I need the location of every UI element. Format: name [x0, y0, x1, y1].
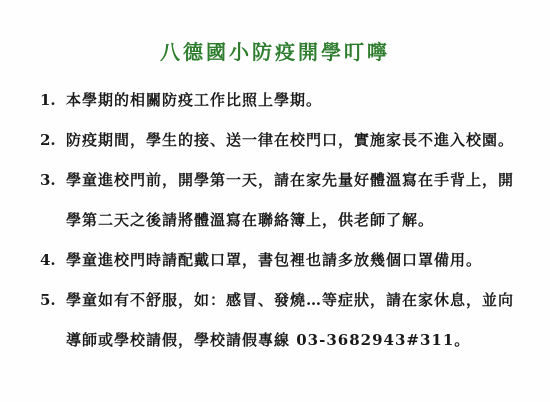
list-item-line: 學第二天之後請將體溫寫在聯絡簿上，供老師了解。	[66, 200, 520, 240]
list-item: 3. 學童進校門前，開學第一天，請在家先量好體溫寫在手背上，開 學第二天之後請將…	[40, 160, 520, 240]
list-item-text: 學童進校門時請配戴口罩，書包裡也請多放幾個口罩備用。	[66, 240, 520, 280]
list-item-number: 5.	[40, 280, 66, 320]
list-item-number: 1.	[40, 80, 66, 120]
list-item: 5. 學童如有不舒服，如：感冒、發燒…等症狀，請在家休息，並向 導師或學校請假，…	[40, 280, 520, 360]
list-item-line: 學童進校門時請配戴口罩，書包裡也請多放幾個口罩備用。	[66, 251, 482, 269]
list-item: 2. 防疫期間，學生的接、送一律在校門口，實施家長不進入校園。	[40, 120, 520, 160]
list-item: 1. 本學期的相關防疫工作比照上學期。	[40, 80, 520, 120]
list-item-text: 本學期的相關防疫工作比照上學期。	[66, 80, 520, 120]
list-item-text: 學童如有不舒服，如：感冒、發燒…等症狀，請在家休息，並向 導師或學校請假，學校請…	[66, 280, 520, 360]
list-item-number: 2.	[40, 120, 66, 160]
list-item-number: 4.	[40, 240, 66, 280]
list-item: 4. 學童進校門時請配戴口罩，書包裡也請多放幾個口罩備用。	[40, 240, 520, 280]
list-item-line: 本學期的相關防疫工作比照上學期。	[66, 91, 322, 109]
list-item-number: 3.	[40, 160, 66, 200]
slide: 八德國小防疫開學叮嚀 1. 本學期的相關防疫工作比照上學期。 2. 防疫期間，學…	[0, 0, 550, 402]
page-title: 八德國小防疫開學叮嚀	[0, 36, 550, 65]
list-item-line: 學童進校門前，開學第一天，請在家先量好體溫寫在手背上，開	[66, 160, 520, 200]
list-item-line: 導師或學校請假，學校請假專線 03-3682943#311。	[66, 320, 520, 360]
list-item-text: 防疫期間，學生的接、送一律在校門口，實施家長不進入校園。	[66, 120, 520, 160]
reminder-list: 1. 本學期的相關防疫工作比照上學期。 2. 防疫期間，學生的接、送一律在校門口…	[40, 80, 520, 360]
list-item-text: 學童進校門前，開學第一天，請在家先量好體溫寫在手背上，開 學第二天之後請將體溫寫…	[66, 160, 520, 240]
list-item-line: 學童如有不舒服，如：感冒、發燒…等症狀，請在家休息，並向	[66, 280, 520, 320]
list-item-line: 防疫期間，學生的接、送一律在校門口，實施家長不進入校園。	[66, 131, 514, 149]
